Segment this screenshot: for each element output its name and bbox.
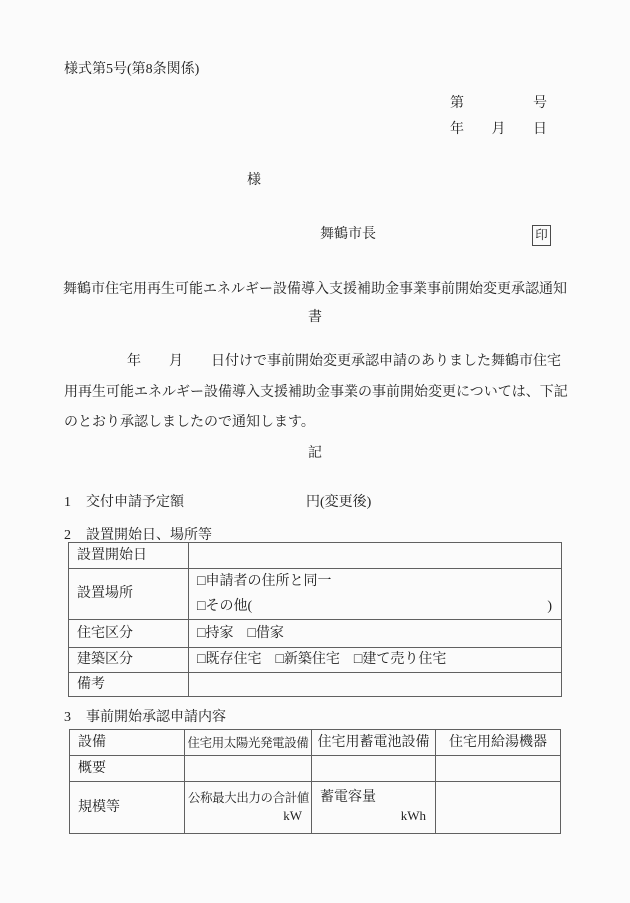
t2-header-equipment: 設備 [70, 730, 185, 756]
seal-mark: 印 [535, 228, 548, 242]
section1-label: 交付申請予定額 [86, 494, 184, 512]
record-marker: 記 [0, 445, 630, 463]
section1-value: 円(変更後) [306, 494, 371, 512]
t2-scale-battery: 蓄電容量 kWh [312, 782, 436, 834]
date-day-label: 日 [533, 121, 547, 139]
checkbox-option-other-row: □その他( ) [197, 594, 561, 619]
table-row: 規模等 公称最大出力の合計値 kW 蓄電容量 kWh [70, 782, 561, 834]
t2-overview-water-heater [436, 756, 561, 782]
issuer-title: 舞鶴市長 [320, 226, 376, 244]
table-row: 備考 [69, 673, 562, 697]
section3-number: 3 [64, 709, 71, 727]
t1-value-remarks [189, 673, 562, 697]
battery-capacity-unit: kWh [312, 807, 435, 825]
table-row: 設置開始日 [69, 543, 562, 569]
document-page: 様式第5号(第8条関係) 第 号 年 月 日 様 舞鶴市長 印 舞鶴市住宅用再生… [0, 0, 630, 903]
t1-value-install-start-date [189, 543, 562, 569]
installation-table: 設置開始日 設置場所 □申請者の住所と同一 □その他( ) 住宅区分 □持家 □… [68, 542, 562, 697]
application-content-table: 設備 住宅用太陽光発電設備 住宅用蓄電池設備 住宅用給湯機器 概要 規模等 公称… [69, 729, 561, 834]
section3-label: 事前開始承認申請内容 [86, 709, 226, 727]
form-number: 様式第5号(第8条関係) [64, 61, 199, 79]
section1-number: 1 [64, 494, 71, 512]
table-row: 建築区分 □既存住宅 □新築住宅 □建て売り住宅 [69, 648, 562, 673]
body-line-3: のとおり承認しましたので通知します。 [64, 408, 568, 439]
body-line-1: 年 月 日付けで事前開始変更承認申請のありました舞鶴市住宅 [64, 347, 568, 378]
t2-scale-water-heater [436, 782, 561, 834]
seal-box: 印 [532, 225, 551, 246]
table-row: 住宅区分 □持家 □借家 [69, 620, 562, 648]
doc-number-suffix: 号 [533, 95, 547, 113]
t2-overview-solar [185, 756, 312, 782]
t2-label-overview: 概要 [70, 756, 185, 782]
paren-close: ) [547, 594, 561, 619]
body-paragraph: 年 月 日付けで事前開始変更承認申請のありました舞鶴市住宅 用再生可能エネルギー… [64, 347, 568, 439]
t2-label-scale: 規模等 [70, 782, 185, 834]
t2-overview-battery [312, 756, 436, 782]
recipient-honorific: 様 [247, 172, 261, 190]
t2-header-solar: 住宅用太陽光発電設備 [185, 730, 312, 756]
date-year-label: 年 [450, 121, 464, 139]
solar-output-unit: kW [185, 807, 311, 825]
t2-header-water-heater: 住宅用給湯機器 [436, 730, 561, 756]
t2-header-battery: 住宅用蓄電池設備 [312, 730, 436, 756]
checkbox-option-same-as-applicant-address: □申請者の住所と同一 [197, 569, 561, 594]
date-line: 年 月 日 [450, 121, 547, 139]
t1-label-housing-category: 住宅区分 [69, 620, 189, 648]
doc-number-prefix: 第 [450, 95, 464, 113]
date-month-label: 月 [492, 121, 506, 139]
table-header-row: 設備 住宅用太陽光発電設備 住宅用蓄電池設備 住宅用給湯機器 [70, 730, 561, 756]
checkbox-option-other: □その他( [197, 594, 252, 619]
battery-capacity-label: 蓄電容量 [312, 789, 435, 807]
t1-label-install-start-date: 設置開始日 [69, 543, 189, 569]
body-line-2: 用再生可能エネルギー設備導入支援補助金事業の事前開始変更については、下記 [64, 378, 568, 409]
t1-label-remarks: 備考 [69, 673, 189, 697]
t1-value-building-category: □既存住宅 □新築住宅 □建て売り住宅 [189, 648, 562, 673]
doc-number-line: 第 号 [450, 95, 547, 113]
t1-value-housing-category: □持家 □借家 [189, 620, 562, 648]
document-title-line1: 舞鶴市住宅用再生可能エネルギー設備導入支援補助金事業事前開始変更承認通知 [0, 281, 630, 299]
table-row: 設置場所 □申請者の住所と同一 □その他( ) [69, 569, 562, 620]
t1-value-install-place: □申請者の住所と同一 □その他( ) [189, 569, 562, 620]
t1-label-building-category: 建築区分 [69, 648, 189, 673]
t1-label-install-place: 設置場所 [69, 569, 189, 620]
document-title-line2: 書 [0, 309, 630, 327]
table-row: 概要 [70, 756, 561, 782]
t2-scale-solar: 公称最大出力の合計値 kW [185, 782, 312, 834]
solar-output-label: 公称最大出力の合計値 [185, 789, 311, 807]
